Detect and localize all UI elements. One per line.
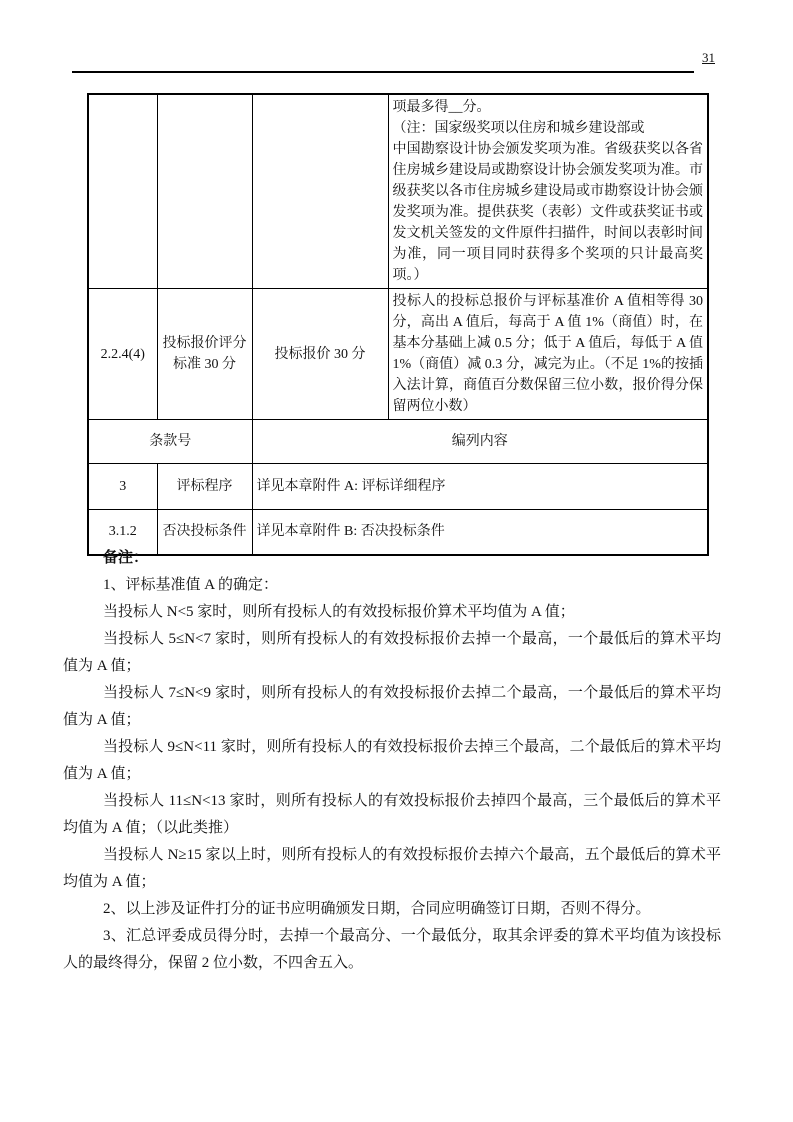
note-item: 当投标人 N≥15 家以上时，则所有投标人的有效投标报价去掉六个最高，五个最低后… [63,842,721,896]
header-rule [72,71,694,73]
content-header-cell: 编列内容 [252,420,708,464]
factor-cell-empty [252,94,388,289]
table-section-header-row: 条款号 编列内容 [88,420,708,464]
note-item: 当投标人 N<5 家时，则所有投标人的有效投标报价算术平均值为 A 值； [63,599,721,626]
note-item: 2、以上涉及证件打分的证书应明确颁发日期，合同应明确签订日期，否则不得分。 [63,896,721,923]
clause-cell: 2.2.4(4) [88,289,157,420]
notes-section: 备注： 1、评标基准值 A 的确定： 当投标人 N<5 家时，则所有投标人的有效… [63,545,721,977]
table-row-procedure: 3 评标程序 详见本章附件 A: 评标详细程序 [88,464,708,510]
factor-cell: 投标报价 30 分 [252,289,388,420]
table-row-continuation: 项最多得__分。 （注：国家级奖项以住房和城乡建设部或 中国勘察设计协会颁发奖项… [88,94,708,289]
clause-cell-empty [88,94,157,289]
note-item: 当投标人 5≤N<7 家时，则所有投标人的有效投标报价去掉一个最高，一个最低后的… [63,626,721,680]
notes-title: 备注： [63,545,721,572]
note-item: 当投标人 11≤N<13 家时，则所有投标人的有效投标报价去掉四个最高，三个最低… [63,788,721,842]
table-row-price: 2.2.4(4) 投标报价评分标准 30 分 投标报价 30 分 投标人的投标总… [88,289,708,420]
content-cell: 详见本章附件 A: 评标详细程序 [252,464,708,510]
document-page: 31 项最多得__分。 （注：国家级奖项以住房和城乡建设部或 中国勘察设计协会颁… [0,0,793,1122]
item-cell: 评标程序 [157,464,252,510]
note-item: 3、汇总评委成员得分时，去掉一个最高分、一个最低分，取其余评委的算术平均值为该投… [63,923,721,977]
clause-cell: 3 [88,464,157,510]
note-item: 当投标人 9≤N<11 家时，则所有投标人的有效投标报价去掉三个最高，二个最低后… [63,734,721,788]
item-cell-empty [157,94,252,289]
item-cell: 投标报价评分标准 30 分 [157,289,252,420]
page-number: 31 [702,50,715,66]
clause-header-cell: 条款号 [88,420,252,464]
criteria-cell: 项最多得__分。 （注：国家级奖项以住房和城乡建设部或 中国勘察设计协会颁发奖项… [388,94,708,289]
criteria-cell: 投标人的投标总报价与评标基准价 A 值相等得 30 分，高出 A 值后，每高于 … [388,289,708,420]
evaluation-criteria-table: 项最多得__分。 （注：国家级奖项以住房和城乡建设部或 中国勘察设计协会颁发奖项… [87,93,709,556]
note-item: 1、评标基准值 A 的确定： [63,572,721,599]
note-item: 当投标人 7≤N<9 家时，则所有投标人的有效投标报价去掉二个最高，一个最低后的… [63,680,721,734]
